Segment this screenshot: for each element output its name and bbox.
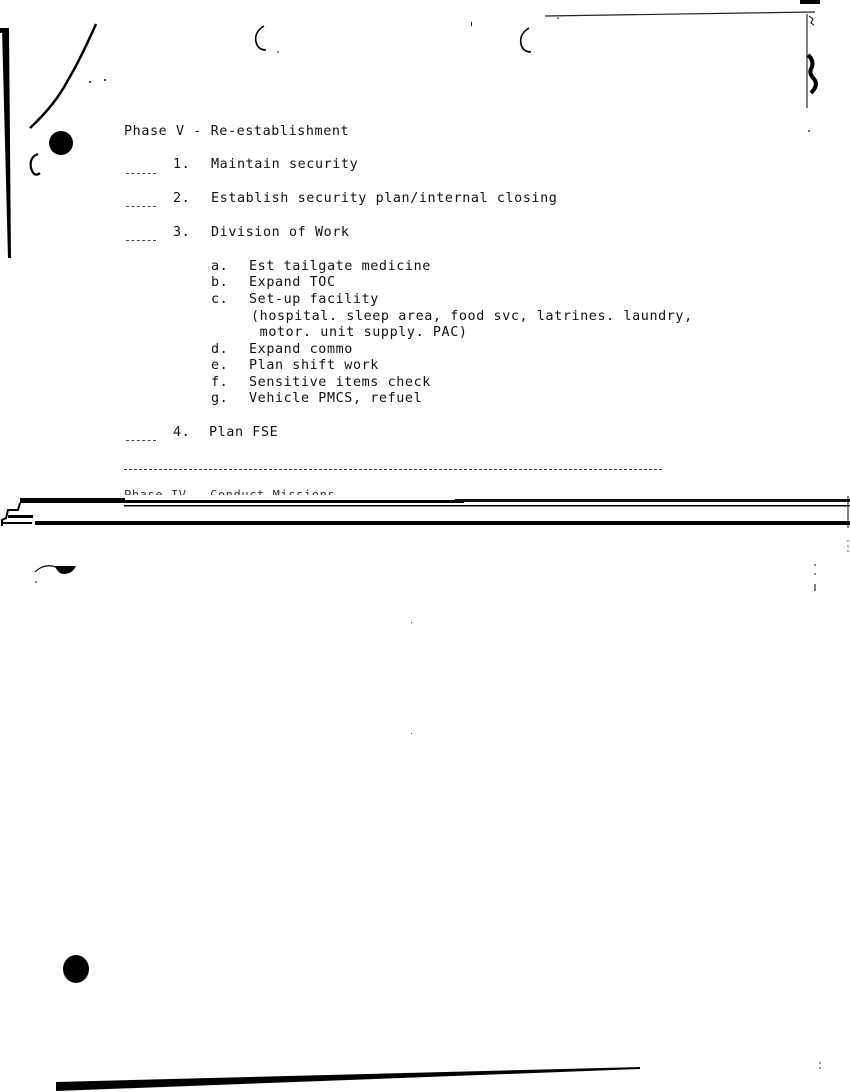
item-text-1: Maintain security <box>211 157 358 173</box>
subitem-c-detail-line2: motor. unit supply. PAC) <box>251 325 468 341</box>
item-text-3: Division of Work <box>211 225 350 241</box>
punch-hole-mark-lower <box>30 560 80 590</box>
item-text-2: Establish security plan/internal closing <box>211 191 557 207</box>
bottom-edge-scan-bar <box>0 1060 850 1092</box>
subitem-letter-g: g. <box>211 391 228 407</box>
checkbox-blank-1[interactable] <box>126 172 156 174</box>
subitem-text-b: Expand TOC <box>249 275 336 291</box>
item-number-1: 1. <box>173 157 190 173</box>
subitem-text-g: Vehicle PMCS, refuel <box>249 391 422 407</box>
subitem-letter-e: e. <box>211 358 228 374</box>
subitem-letter-c: c. <box>211 292 228 308</box>
item-number-2: 2. <box>173 191 190 207</box>
item-number-4: 4. <box>173 425 190 441</box>
item-text-4: Plan FSE <box>209 425 278 441</box>
subitem-letter-d: d. <box>211 342 228 358</box>
right-margin-specks <box>810 540 850 600</box>
speck <box>411 733 412 734</box>
checkbox-blank-2[interactable] <box>126 205 156 207</box>
checkbox-blank-3[interactable] <box>126 239 156 241</box>
subitem-text-a: Est tailgate medicine <box>249 259 431 275</box>
subitem-text-e: Plan shift work <box>249 358 379 374</box>
left-edge-scan-bar <box>0 0 20 270</box>
scanned-document-page: Phase V - Re-establishment 1. Maintain s… <box>0 0 850 1092</box>
dashed-separator <box>124 469 662 470</box>
right-edge-scan-noise <box>800 0 830 140</box>
ring-binder-mark-right <box>515 6 815 56</box>
scan-fold-lines <box>0 488 850 528</box>
speck <box>411 622 412 623</box>
speck <box>471 22 472 26</box>
subitem-c-detail-line1: (hospital. sleep area, food svc, latrine… <box>251 309 693 325</box>
phase-heading: Phase V - Re-establishment <box>124 124 349 140</box>
ring-binder-mark-left <box>250 22 290 62</box>
subitem-text-f: Sensitive items check <box>249 375 431 391</box>
subitem-letter-b: b. <box>211 275 228 291</box>
subitem-letter-a: a. <box>211 259 228 275</box>
diagonal-pen-stroke <box>20 20 110 140</box>
checkbox-blank-4[interactable] <box>126 439 156 441</box>
subitem-text-c: Set-up facility <box>249 292 379 308</box>
punch-hole-marks <box>25 125 85 180</box>
subitem-letter-f: f. <box>211 375 228 391</box>
item-number-3: 3. <box>173 225 190 241</box>
punch-hole-bottom <box>63 955 89 983</box>
subitem-text-d: Expand commo <box>249 342 353 358</box>
